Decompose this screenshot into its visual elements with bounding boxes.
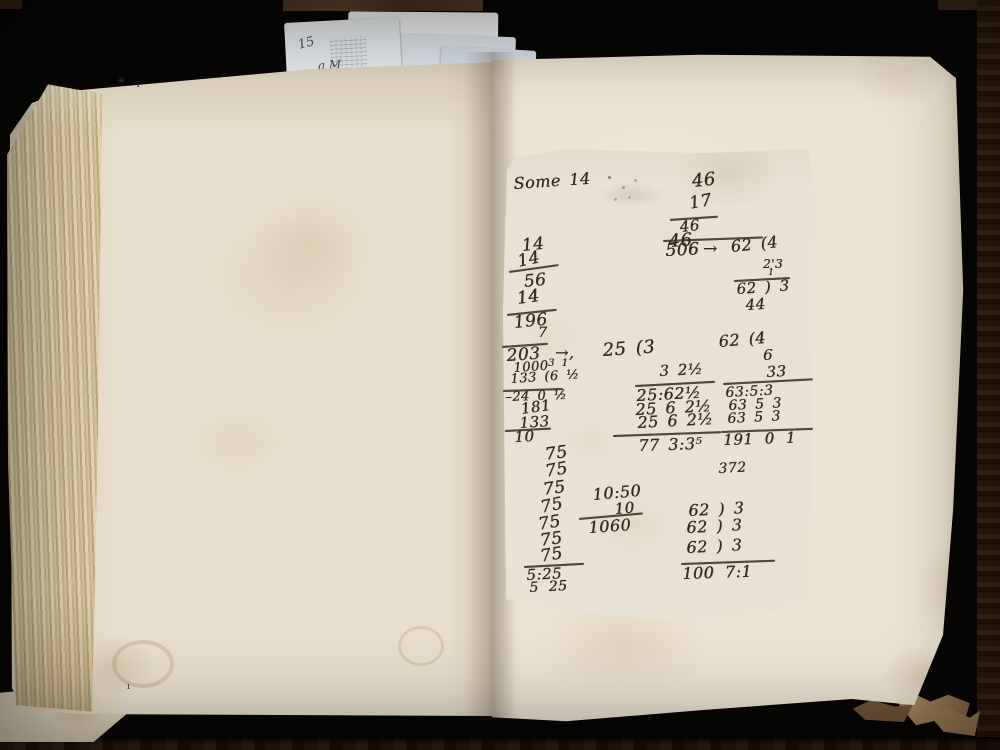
wood-table-right [977, 0, 1000, 750]
page-mark-0: ✳ [117, 77, 125, 87]
pasted-calculation-sheet [502, 146, 817, 622]
photo-scene: 15 a M Some 1446174646506→62 (42'3162 ) … [0, 0, 1000, 750]
torn-page-edge-3 [928, 708, 980, 736]
wood-table-top [283, 0, 483, 11]
wood-table-bottom [0, 737, 1000, 750]
ink-specks [608, 176, 611, 179]
wood-table-top-left [0, 0, 22, 9]
ring-stain-corner [112, 640, 174, 688]
ring-stain-left-page [398, 626, 444, 666]
ink-show-through-smudge [596, 182, 666, 208]
book-fore-edge [6, 78, 106, 718]
